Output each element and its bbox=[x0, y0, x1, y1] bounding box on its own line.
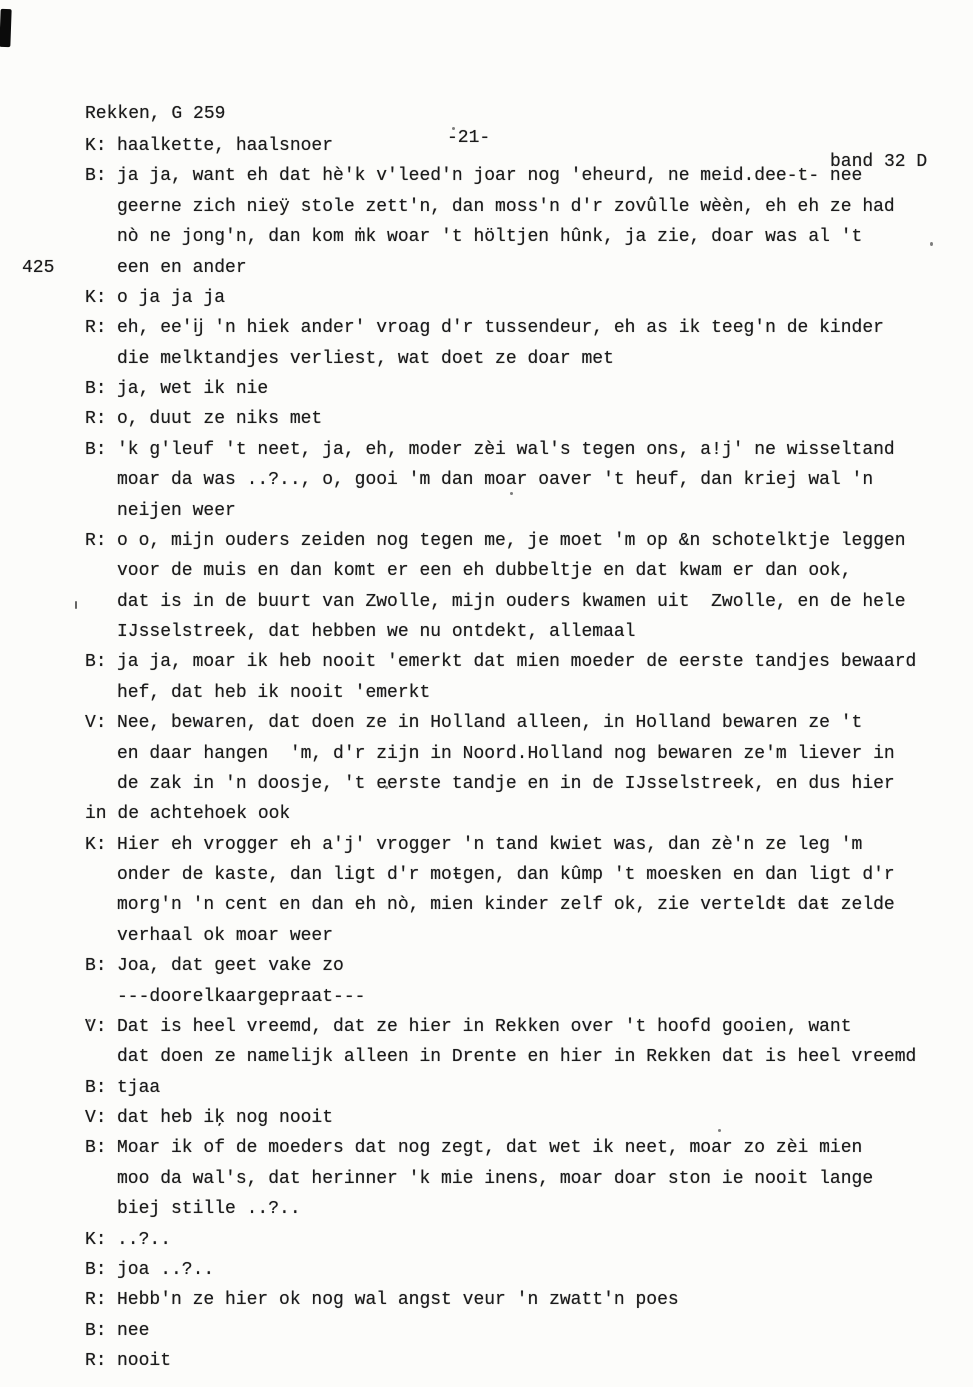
transcript-line: V:Nee, bewaren, dat doen ze in Holland a… bbox=[0, 708, 973, 738]
line-text: ja, wet ik nie bbox=[117, 379, 268, 399]
transcript-line: K:o ja ja ja bbox=[0, 283, 973, 313]
line-text: Joa, dat geet vake zo bbox=[117, 956, 344, 976]
speaker-label: B: bbox=[85, 1255, 107, 1285]
line-text: biej stille ..?.. bbox=[117, 1199, 301, 1219]
transcript-line: verhaal ok moar weer bbox=[0, 921, 973, 951]
header-source: Rekken, G 259 bbox=[85, 102, 225, 126]
transcript-line: de zak in 'n doosje, 't eerste tandje en… bbox=[0, 769, 973, 799]
line-text: en daar hangen 'm, d'r zijn in Noord.Hol… bbox=[117, 744, 895, 764]
line-text: dat is in de buurt van Zwolle, mijn oude… bbox=[117, 592, 906, 612]
speaker-label: B: bbox=[85, 374, 107, 404]
line-text: ja ja, moar ik heb nooit 'emerkt dat mie… bbox=[117, 652, 916, 672]
line-text: de zak in 'n doosje, 't eerste tandje en… bbox=[117, 774, 895, 794]
line-text: eh, ee'ĳ 'n hiek ander' vroag d'r tussen… bbox=[117, 318, 884, 338]
line-text: ---doorelkaargepraat--- bbox=[117, 987, 365, 1007]
line-text: Dat is heel vreemd, dat ze hier in Rekke… bbox=[117, 1017, 852, 1037]
line-text: voor de muis en dan komt er een eh dubbe… bbox=[117, 561, 852, 581]
transcript-line: geerne zich nieÿ stole zett'n, dan moss'… bbox=[0, 192, 973, 222]
transcript-line: K:Hier eh vrogger eh a'j' vrogger 'n tan… bbox=[0, 830, 973, 860]
transcript-line: R:o o, mijn ouders zeiden nog tegen me, … bbox=[0, 526, 973, 556]
transcript-line: onder de kaste, dan ligt d'r moŧgen, dan… bbox=[0, 860, 973, 890]
line-text: moo da wal's, dat herinner 'k mie inens,… bbox=[117, 1169, 873, 1189]
scan-artifact-corner bbox=[0, 9, 12, 47]
speaker-label: K: bbox=[85, 283, 107, 313]
speaker-label: B: bbox=[85, 1316, 107, 1346]
line-text: moar da was ..?.., o, gooi 'm dan moar o… bbox=[117, 470, 873, 490]
speaker-label: V: bbox=[85, 708, 107, 738]
transcript-line: B:ja, wet ik nie bbox=[0, 374, 973, 404]
line-text: nò ne jong'n, dan kom ṁk woar 't höltjen… bbox=[117, 227, 862, 247]
line-text: IJsselstreek, dat hebben we nu ontdekt, … bbox=[117, 622, 635, 642]
line-text: ja ja, want eh dat hè'k v'leed'n joar no… bbox=[117, 166, 862, 186]
speaker-label: R: bbox=[85, 1285, 107, 1315]
transcript-line: en daar hangen 'm, d'r zijn in Noord.Hol… bbox=[0, 739, 973, 769]
line-text: Moar ik of de moeders dat nog zegt, dat … bbox=[117, 1138, 862, 1158]
page-header: Rekken, G 259 -21- band 32 D bbox=[0, 78, 973, 102]
margin-line-number: 425 bbox=[22, 253, 54, 283]
transcript-line: moar da was ..?.., o, gooi 'm dan moar o… bbox=[0, 465, 973, 495]
transcript-line: B:joa ..?.. bbox=[0, 1255, 973, 1285]
transcript-line: R:Hebb'n ze hier ok nog wal angst veur '… bbox=[0, 1285, 973, 1315]
transcript-line: dat is in de buurt van Zwolle, mijn oude… bbox=[0, 587, 973, 617]
line-text: die melktandjes verliest, wat doet ze do… bbox=[117, 349, 614, 369]
transcript-line: B:nee bbox=[0, 1316, 973, 1346]
speaker-label: R: bbox=[85, 526, 107, 556]
line-text: in de achtehoek ook bbox=[85, 804, 290, 824]
line-text: nooit bbox=[117, 1351, 171, 1371]
transcript-line: moo da wal's, dat herinner 'k mie inens,… bbox=[0, 1164, 973, 1194]
transcript-line: R:o, duut ze niks met bbox=[0, 404, 973, 434]
line-text: morg'n 'n cent en dan eh nò, mien kinder… bbox=[117, 895, 895, 915]
transcript-line: morg'n 'n cent en dan eh nò, mien kinder… bbox=[0, 890, 973, 920]
line-text: tjaa bbox=[117, 1078, 160, 1098]
speaker-label: R: bbox=[85, 1346, 107, 1376]
line-text: dat heb iķ nog nooit bbox=[117, 1108, 333, 1128]
speaker-label: B: bbox=[85, 1073, 107, 1103]
speaker-label: B: bbox=[85, 951, 107, 981]
transcript-line: B:Moar ik of de moeders dat nog zegt, da… bbox=[0, 1133, 973, 1163]
speaker-label: K: bbox=[85, 830, 107, 860]
transcript-line: biej stille ..?.. bbox=[0, 1194, 973, 1224]
transcript-line: neijen weer bbox=[0, 496, 973, 526]
transcript-line: voor de muis en dan komt er een eh dubbe… bbox=[0, 556, 973, 586]
speaker-label: R: bbox=[85, 313, 107, 343]
transcript-line: IJsselstreek, dat hebben we nu ontdekt, … bbox=[0, 617, 973, 647]
transcript-line: 425een en ander bbox=[0, 253, 973, 283]
document-page: Rekken, G 259 -21- band 32 D K:haalkette… bbox=[0, 0, 973, 1387]
line-text: hef, dat heb ik nooit 'emerkt bbox=[117, 683, 430, 703]
speaker-label: B: bbox=[85, 161, 107, 191]
line-text: o ja ja ja bbox=[117, 288, 225, 308]
line-text: geerne zich nieÿ stole zett'n, dan moss'… bbox=[117, 197, 895, 217]
transcript-line: ---doorelkaargepraat--- bbox=[0, 982, 973, 1012]
transcript-line: B:ja ja, moar ik heb nooit 'emerkt dat m… bbox=[0, 647, 973, 677]
speaker-label: K: bbox=[85, 131, 107, 161]
line-text: haalkette, haalsnoer bbox=[117, 136, 333, 156]
line-text: dat doen ze namelijk alleen in Drente en… bbox=[117, 1047, 916, 1067]
line-text: Nee, bewaren, dat doen ze in Holland all… bbox=[117, 713, 862, 733]
transcript-line: dat doen ze namelijk alleen in Drente en… bbox=[0, 1042, 973, 1072]
transcript-line: nò ne jong'n, dan kom ṁk woar 't höltjen… bbox=[0, 222, 973, 252]
speaker-label: B: bbox=[85, 647, 107, 677]
speaker-label: V: bbox=[85, 1012, 107, 1042]
transcript-line: die melktandjes verliest, wat doet ze do… bbox=[0, 344, 973, 374]
line-text: 'k g'leuf 't neet, ja, eh, moder zèi wal… bbox=[117, 440, 895, 460]
speaker-label: B: bbox=[85, 435, 107, 465]
transcript-line: V:Dat is heel vreemd, dat ze hier in Rek… bbox=[0, 1012, 973, 1042]
line-text: neijen weer bbox=[117, 501, 236, 521]
line-text: Hebb'n ze hier ok nog wal angst veur 'n … bbox=[117, 1290, 679, 1310]
transcript-line: B:'k g'leuf 't neet, ja, eh, moder zèi w… bbox=[0, 435, 973, 465]
transcript-line: V:dat heb iķ nog nooit bbox=[0, 1103, 973, 1133]
transcript-line: R:nooit bbox=[0, 1346, 973, 1376]
speaker-label: B: bbox=[85, 1133, 107, 1163]
transcript-line: K:haalkette, haalsnoer bbox=[0, 131, 973, 161]
transcript-line: B:ja ja, want eh dat hè'k v'leed'n joar … bbox=[0, 161, 973, 191]
transcript-line: B:Joa, dat geet vake zo bbox=[0, 951, 973, 981]
speaker-label: K: bbox=[85, 1225, 107, 1255]
transcript-line: hef, dat heb ik nooit 'emerkt bbox=[0, 678, 973, 708]
line-text: Hier eh vrogger eh a'j' vrogger 'n tand … bbox=[117, 835, 862, 855]
transcript-line: K:..?.. bbox=[0, 1225, 973, 1255]
line-text: o o, mijn ouders zeiden nog tegen me, je… bbox=[117, 531, 906, 551]
transcript-line: R:eh, ee'ĳ 'n hiek ander' vroag d'r tuss… bbox=[0, 313, 973, 343]
line-text: verhaal ok moar weer bbox=[117, 926, 333, 946]
line-text: ..?.. bbox=[117, 1230, 171, 1250]
line-text: o, duut ze niks met bbox=[117, 409, 322, 429]
speaker-label: R: bbox=[85, 404, 107, 434]
line-text: nee bbox=[117, 1321, 149, 1341]
line-text: joa ..?.. bbox=[117, 1260, 214, 1280]
line-text: onder de kaste, dan ligt d'r moŧgen, dan… bbox=[117, 865, 895, 885]
transcript-line: in de achtehoek ook bbox=[0, 799, 973, 829]
transcript: K:haalkette, haalsnoerB:ja ja, want eh d… bbox=[0, 131, 973, 1376]
line-text: een en ander bbox=[117, 258, 247, 278]
transcript-line: B:tjaa bbox=[0, 1073, 973, 1103]
speaker-label: V: bbox=[85, 1103, 107, 1133]
